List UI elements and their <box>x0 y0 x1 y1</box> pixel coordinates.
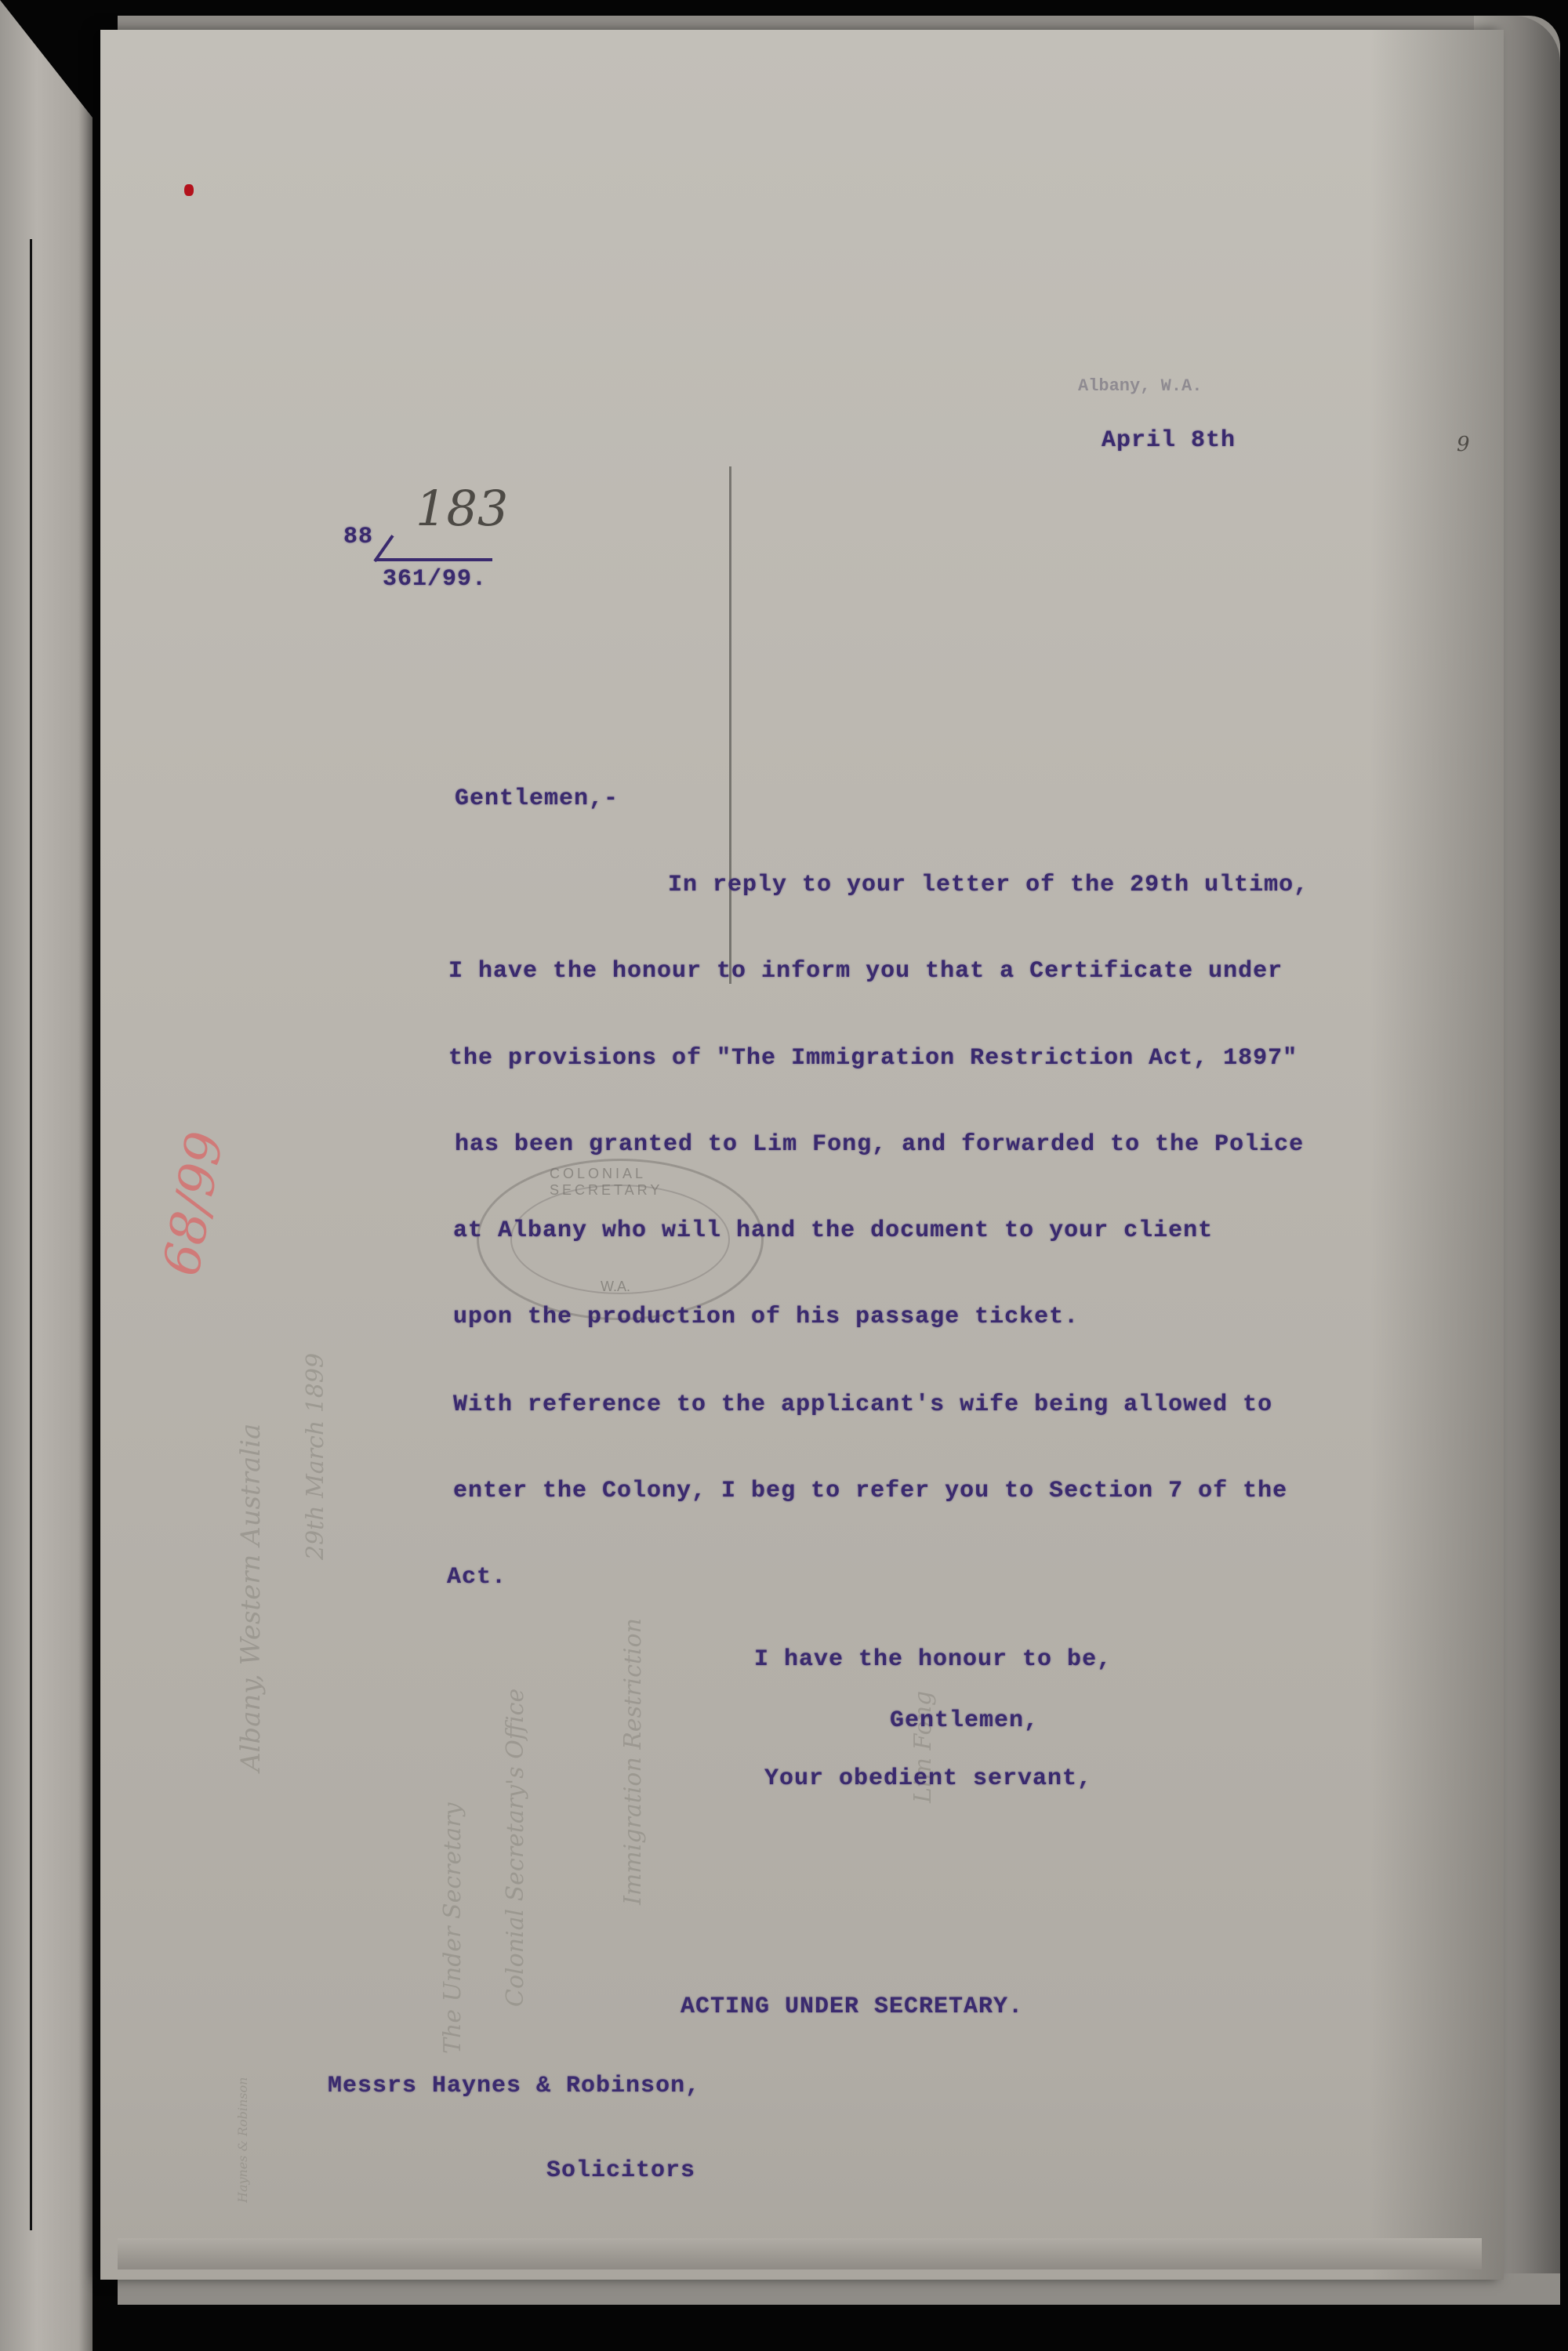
bleed-through-line: The Under Secretary <box>439 1803 466 2055</box>
body-line: has been granted to Lim Fong, and forwar… <box>455 1131 1304 1158</box>
reference-fraction-bar <box>375 558 492 561</box>
addressee-role: Solicitors <box>546 2157 695 2184</box>
signature-title: ACTING UNDER SECRETARY. <box>681 1994 1023 2020</box>
left-facing-page <box>0 0 93 2351</box>
letter-place: Albany, W.A. <box>1078 376 1202 396</box>
bleed-through-rule <box>729 466 731 984</box>
bleed-through-line: Haynes & Robinson <box>235 2077 250 2203</box>
body-line: In reply to your letter of the 29th ulti… <box>668 872 1308 898</box>
bleed-through-line: Albany, Western Australia <box>235 1424 267 1772</box>
closing-line: Your obedient servant, <box>764 1765 1092 1792</box>
addressee-name: Messrs Haynes & Robinson, <box>328 2073 700 2099</box>
reference-numerator: 88 <box>343 524 373 550</box>
body-line: Act. <box>447 1564 506 1591</box>
bleed-through-line: 29th March 1899 <box>302 1353 329 1560</box>
salutation: Gentlemen,- <box>455 785 619 812</box>
letter-date: April 8th <box>1102 427 1236 454</box>
page-number: 9 <box>1457 433 1470 456</box>
closing-line: I have the honour to be, <box>754 1646 1112 1673</box>
reference-denominator: 361/99. <box>383 566 487 593</box>
body-line: at Albany who will hand the document to … <box>453 1217 1213 1244</box>
red-wax-mark <box>184 184 194 196</box>
bleed-through-line: Immigration Restriction <box>619 1618 647 1905</box>
bleed-through-line: Colonial Secretary's Office <box>502 1689 529 2007</box>
closing-line: Gentlemen, <box>890 1707 1039 1734</box>
page-bottom-fold <box>118 2238 1482 2269</box>
body-line: enter the Colony, I beg to refer you to … <box>453 1478 1287 1504</box>
body-line: the provisions of "The Immigration Restr… <box>448 1045 1298 1072</box>
stamp-bottom-text: W.A. <box>601 1279 630 1295</box>
body-line: With reference to the applicant's wife b… <box>453 1391 1272 1418</box>
body-line: I have the honour to inform you that a C… <box>448 958 1283 985</box>
left-page-margin-rule <box>30 239 32 2230</box>
stamp-top-text: COLONIAL SECRETARY <box>550 1166 761 1199</box>
reference-handwritten-number: 183 <box>416 480 508 537</box>
body-line: upon the production of his passage ticke… <box>453 1304 1079 1330</box>
